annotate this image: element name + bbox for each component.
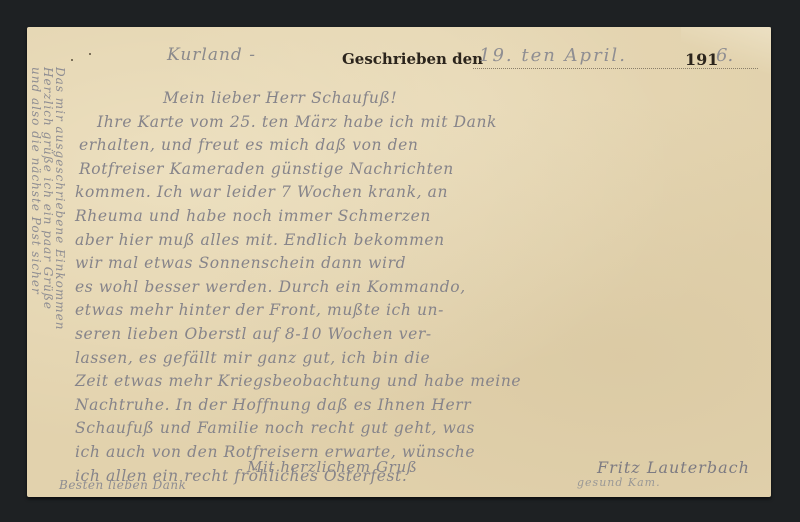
body-line: Nachtruhe. In der Hoffnung daß es Ihnen … [63,394,773,418]
footer-note: Besten lieben Dank [59,478,186,492]
body-line: wir mal etwas Sonnenschein dann wird [63,252,773,276]
body-line: Rotfreiser Kameraden günstige Nachrichte… [63,158,773,182]
date-handwritten: 19. ten April. [479,45,627,66]
body-line: es wohl besser werden. Durch ein Kommand… [63,276,773,300]
signature-subline: gesund Kam. [577,476,661,489]
postcard: Kurland - Geschrieben den 19. ten April.… [27,27,771,497]
body-line: Zeit etwas mehr Kriegsbeobachtung und ha… [63,370,773,394]
salutation: Mein lieber Herr Schaufuß! [63,87,773,111]
closing-greeting: Mit herzlichem Gruß [247,458,417,476]
body-line: lassen, es gefällt mir ganz gut, ich bin… [63,347,773,371]
side-line: und also die nächste Post sicher [29,67,43,295]
place-handwritten: Kurland - [167,45,256,65]
printed-label: Geschrieben den [342,50,483,68]
body-line: kommen. Ich war leider 7 Wochen krank, a… [63,181,773,205]
date-field: 19. ten April. 191 6. [473,45,758,71]
letter-body: Mein lieber Herr Schaufuß! Ihre Karte vo… [63,87,773,488]
signature-block: Mit herzlichem Gruß Fritz Lauterbach ges… [247,458,767,494]
body-line: erhalten, und freut es mich daß von den [63,134,773,158]
body-line: seren lieben Oberstl auf 8-10 Wochen ver… [63,323,773,347]
year-handwritten: 6. [716,45,733,66]
body-line: aber hier muß alles mit. Endlich bekomme… [63,229,773,253]
body-line: Ihre Karte vom 25. ten März habe ich mit… [63,111,773,135]
postcard-header: Kurland - Geschrieben den 19. ten April.… [27,41,771,77]
body-line: Rheuma und habe noch immer Schmerzen [63,205,773,229]
year-printed: 191 [685,50,718,69]
signature: Fritz Lauterbach [597,458,750,477]
side-line: Herzlich grüße ich ein paar Grüße [41,67,55,310]
body-line: Schaufuß und Familie noch recht gut geht… [63,417,773,441]
body-line: etwas mehr hinter der Front, mußte ich u… [63,299,773,323]
